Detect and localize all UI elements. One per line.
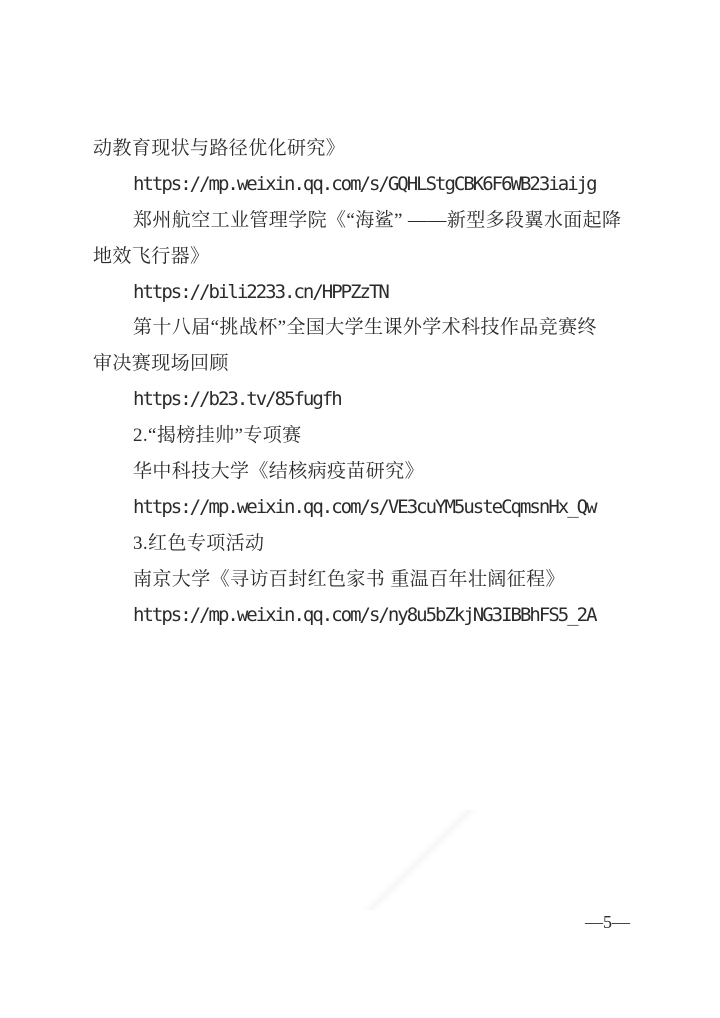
page-number: —5— [585, 912, 630, 933]
scan-artifact [360, 810, 480, 910]
document-line-text: 2.“揭榜挂帅”专项赛 [93, 418, 634, 454]
document-line-url: https://mp.weixin.qq.com/s/GQHLStgCBK6F6… [93, 167, 634, 203]
document-line-text: 动教育现状与路径优化研究》 [93, 131, 634, 167]
document-line-text: 第十八届“挑战杯”全国大学生课外学术科技作品竞赛终 [93, 310, 634, 346]
document-page: 动教育现状与路径优化研究》https://mp.weixin.qq.com/s/… [0, 0, 720, 1018]
document-line-url: https://mp.weixin.qq.com/s/ny8u5bZkjNG3I… [93, 598, 634, 634]
document-line-text: 郑州航空工业管理学院《“海鲨” ——新型多段翼水面起降 [93, 203, 634, 239]
document-line-text: 3.红色专项活动 [93, 526, 634, 562]
document-line-text: 地效飞行器》 [93, 239, 634, 275]
document-line-url: https://b23.tv/85fugfh [93, 382, 634, 418]
document-body: 动教育现状与路径优化研究》https://mp.weixin.qq.com/s/… [93, 131, 634, 633]
document-line-text: 南京大学《寻访百封红色家书 重温百年壮阔征程》 [93, 562, 634, 598]
document-line-url: https://bili2233.cn/HPPZzTN [93, 275, 634, 311]
document-line-text: 华中科技大学《结核病疫苗研究》 [93, 454, 634, 490]
document-line-text: 审决赛现场回顾 [93, 346, 634, 382]
document-line-url: https://mp.weixin.qq.com/s/VE3cuYM5usteC… [93, 490, 634, 526]
